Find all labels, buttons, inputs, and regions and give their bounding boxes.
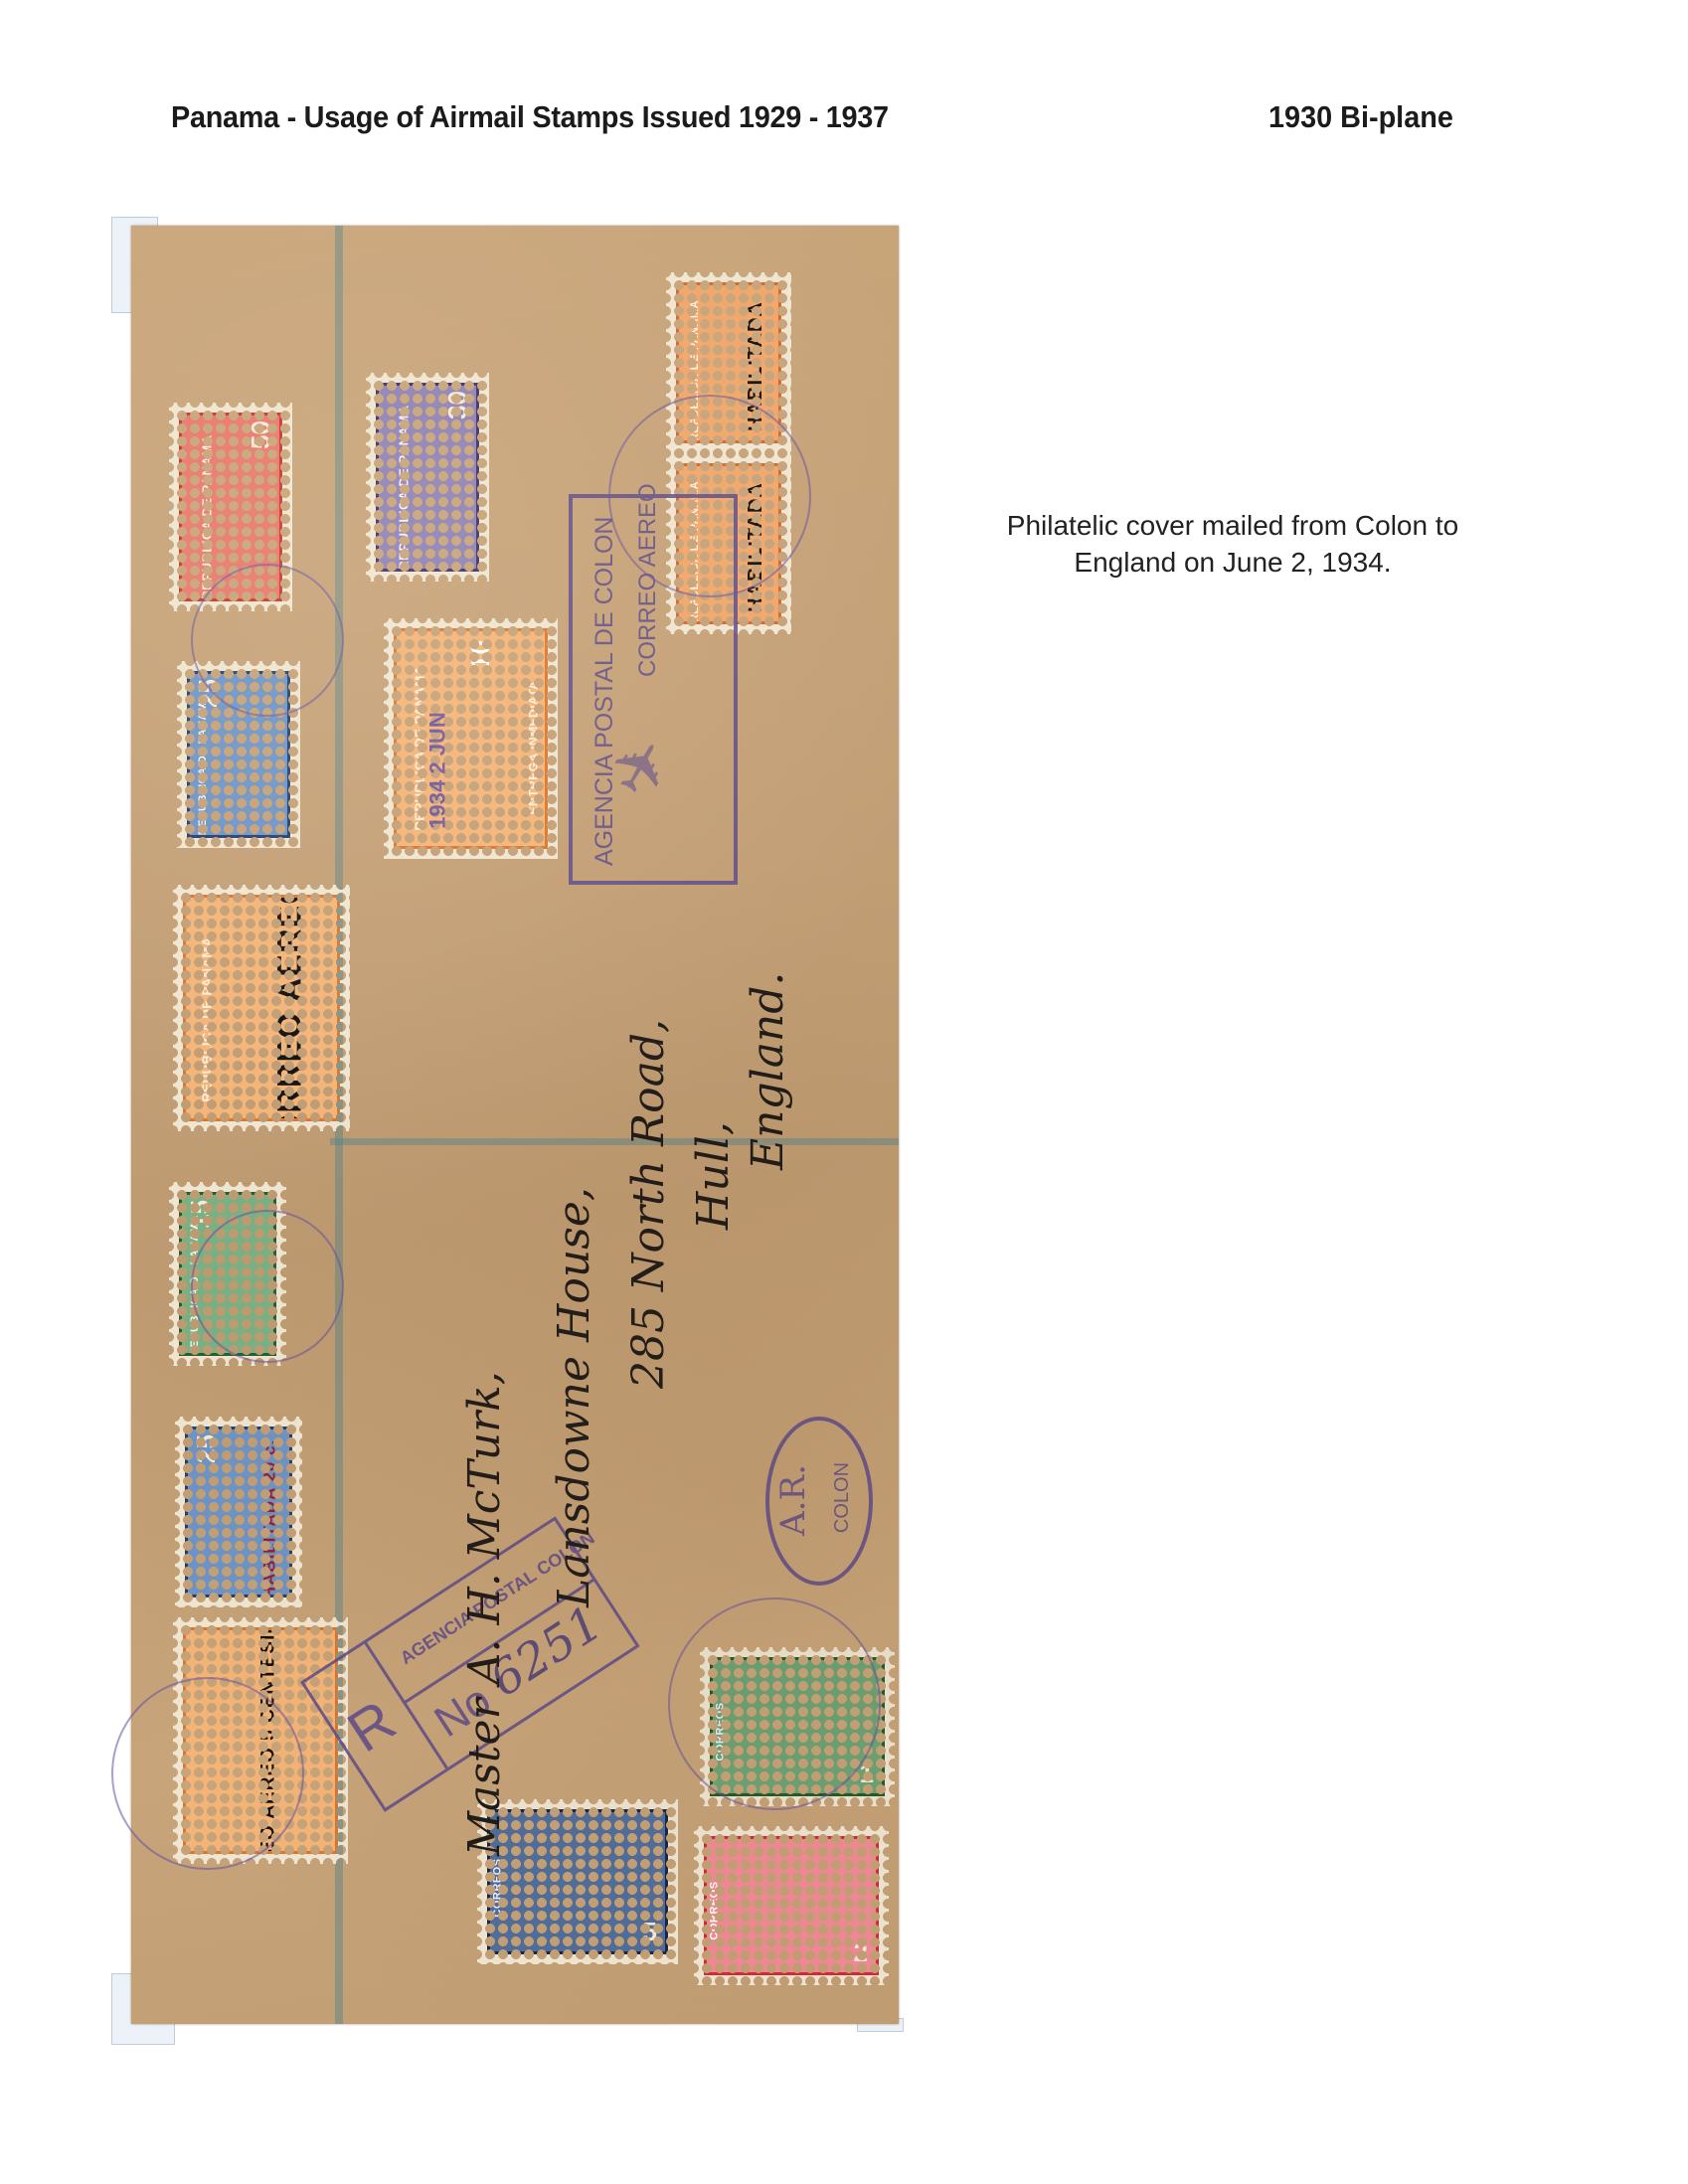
registration-cross-line-vertical [335, 226, 343, 2024]
registration-number: 6251 [480, 1596, 612, 1708]
address-line-3: 285 North Road, [623, 1019, 674, 1389]
caption-line-1: Philatelic cover mailed from Colon to [934, 507, 1531, 544]
agencia-postal-cachet: AGENCIA POSTAL DE COLON CORREO AEREO ✈ [569, 494, 738, 885]
postmark-cancel [608, 395, 811, 597]
postmark-cancel [191, 564, 344, 717]
envelope-cover: 50 REPUBLICA DE PANAMA 30 REPUBLICA DE P… [131, 226, 899, 2024]
registration-cross-line-horizontal [330, 1138, 899, 1145]
stamp-50c-airmail: 50 REPUBLICA DE PANAMA [169, 403, 292, 611]
cover-caption: Philatelic cover mailed from Colon to En… [934, 507, 1531, 581]
stamp-25c-airmail-map: 25 REPUBLICA DE PANAMA [177, 661, 300, 848]
stamp-5c-coat-of-arms: 5 CORREOS [477, 1799, 678, 1964]
address-line-4: Hull, [688, 1121, 739, 1230]
stamp-15c-airmail-map: 15 REPUBLICA DE PANAMA [169, 1182, 286, 1366]
airplane-icon: ✈ [591, 722, 691, 813]
stamp-half-cent-habilitada-bottom: REPUBLICA DE PANAMA HABILITADA [666, 453, 791, 634]
ar-colon-oval-cachet: A.R. COLON [765, 1417, 873, 1586]
postmark-cancel [191, 1210, 344, 1363]
stamp-10c-correo-aereo-overprint: REPUBLICA DE PANAMA CORREO AEREO [173, 885, 350, 1131]
address-line-2: Lansdowne House, [549, 1187, 599, 1607]
postmark-date: 1934 2 JUN [425, 712, 451, 828]
stamp-5c-correo-aereo-overprint: CORREO AEREO 5 CENTESIMOS [173, 1617, 348, 1864]
address-line-5: England. [743, 972, 793, 1170]
stamp-half-cent-habilitada-top: REPUBLICA DE PANAMA HABILITADA [666, 272, 791, 453]
stamp-25c-habilitada-20c: 25 HABILITADA 20 c. [175, 1417, 302, 1607]
postmark-cancel [111, 1677, 304, 1870]
address-line-1: Master A. H. McTurk, [459, 1371, 510, 1856]
postmark-cancel [668, 1597, 881, 1810]
page-title: Panama - Usage of Airmail Stamps Issued … [171, 99, 889, 135]
stamp-1c-coat-of-arms: 1 CORREOS [700, 1647, 895, 1806]
page-subtitle: 1930 Bi-plane [1268, 99, 1453, 135]
caption-line-2: England on June 2, 1934. [934, 544, 1531, 581]
stamp-2c-coat-of-arms: 2 CORREOS [694, 1826, 889, 1985]
stamp-10c-entrega-inmediata: 10 REPUBLICA DE PANAMA ENTREGA INMEDIATA [384, 618, 558, 859]
registration-cachet: R AGENCIA POSTAL COLON No 6251 [300, 1516, 640, 1811]
stamp-30c-airmail: 30 REPUBLICA DE PANAMA [366, 373, 489, 582]
